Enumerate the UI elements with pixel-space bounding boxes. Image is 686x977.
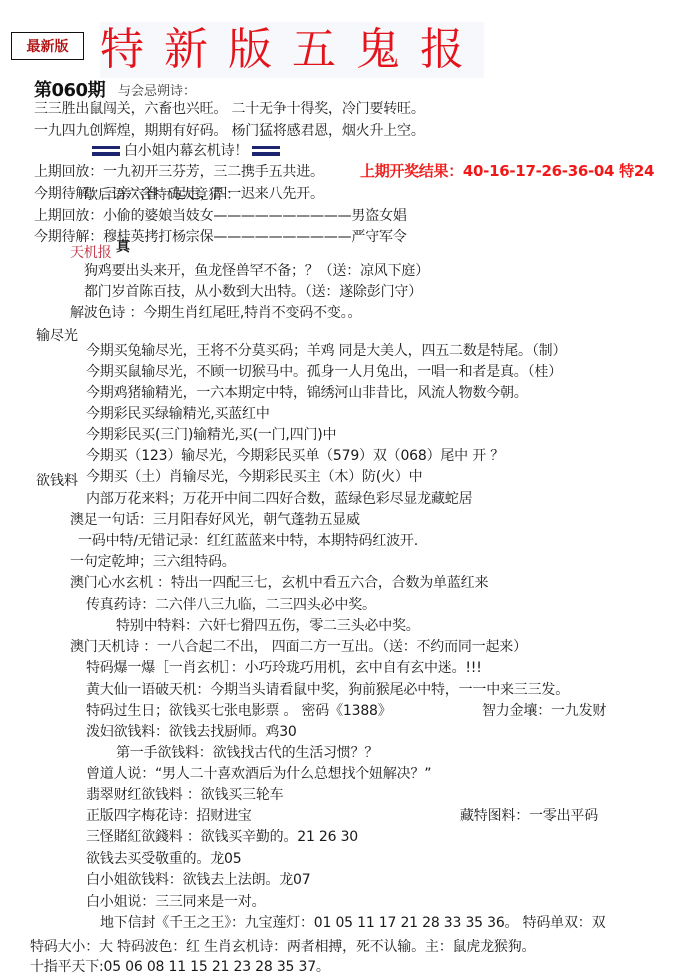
badge-label: 最新版 [27, 36, 69, 56]
yuqian-line: 第一手欲钱料：欲钱找古代的生活习惯？？ [116, 744, 378, 762]
yuqian-line: 翡翠财红欲钱料 ：欲钱买三轮车 [86, 786, 283, 804]
double-bar-icon [92, 146, 120, 156]
yuqian-line: 正版四字梅花诗：招财进宝 [86, 807, 252, 825]
title-char: 特 [100, 22, 164, 78]
shujin-line: 今期彩民买绿输精光,买蓝红中 [86, 405, 270, 423]
tianji-heading-overlay: 真 [116, 238, 130, 256]
footer-line: 特码大小：大 特码波色：红 生肖玄机诗：两者相搏，死不认输。主：鼠虎龙猴狗。 [30, 938, 535, 956]
yuqian-line: 澳门天机诗 ：一八合起二不出， 四面二方一互出。（送：不约而同一起来） [70, 638, 527, 656]
result-special: 特24 [619, 162, 654, 180]
yuqian-line: 黄大仙一语破天机：今期当头请看鼠中奖，狗前猴尾必中特，一一中来三三发。 [86, 681, 569, 699]
poem-line: 一九四九创辉煌，期期有好码。 杨门猛将感君恩，烟火升上空。 [34, 122, 425, 140]
yuqian-heading: 欲钱料 [36, 470, 78, 490]
yuqian-line: 澳门心水玄机 ：特出一四配三七，玄机中看五六合，合数为单蓝红来 [70, 574, 488, 592]
yuqian-line: 白小姐欲钱料：欲钱去上法朗。龙07 [86, 871, 310, 889]
page-title: 特 新 版 五 鬼 报 [100, 22, 484, 78]
yuqian-line: 一句定乾坤；三六组特码。 [70, 553, 236, 571]
result-numbers: 40-16-17-26-36-04 [463, 162, 614, 180]
yuqian-line: 澳足一句话：三月阳春好风光，朝气蓬勃五显威 [70, 511, 360, 529]
issue-number: 第060期 [34, 76, 105, 102]
tianji-line: 都门岁首陈百技，从小数到大出特。（送：遂除彭门守） [84, 283, 422, 301]
footer-line: 十指平天下:05 06 08 11 15 21 23 28 35 37。 [30, 958, 330, 976]
title-char: 报 [420, 22, 484, 78]
shujin-line: 今期买（土）肖输尽光，今期彩民买主（木）防(火）中 [86, 468, 422, 486]
yuqian-line: 欲钱去买受敬重的。龙05 [86, 850, 241, 868]
xiehouyu-last: 上期回放：小偷的婆娘当妓女——————————男盗女娼 [34, 207, 407, 225]
shujin-line: 今期买兔输尽光，王将不分莫买码；羊鸡 同是大美人，四五二数是特尾。（制） [86, 342, 566, 360]
title-char: 五 [292, 22, 356, 78]
yuqian-line: 特码爆一爆［一肖玄机］：小巧玲珑巧用机，玄中自有玄中迷。!!! [86, 659, 482, 677]
xiehouyu-heading: 歇后语六合特码大竟猜 ： [84, 186, 240, 204]
cangte-note: 藏特图料：一零出平码 [460, 807, 598, 825]
yuqian-line: 特码过生日；欲钱买七张电影票 。 密码《1388》 [86, 702, 392, 720]
shujin-line: 今期买鼠输尽光，不顾一切猴马中。孤身一人月兔出，一唱一和者是真。（桂） [86, 363, 562, 381]
yuqian-line: 内部万花来料；万花开中间二四好合数，蓝绿色彩尽显龙藏蛇居 [86, 490, 472, 508]
poem-line: 三三胜出鼠闯关，六畜也兴旺。 二十无争十得奖，冷门要转旺。 [34, 100, 425, 118]
latest-edition-badge: 最新版 [11, 32, 84, 60]
jiebose-poem: 解波色诗 ：今期生肖红尾旺,特肖不变码不变。。 [70, 304, 361, 322]
last-draw-result: 上期开奖结果：40-16-17-26-36-04 特24 [360, 160, 654, 181]
title-char: 版 [228, 22, 292, 78]
yuqian-line: 泼妇欲钱料：欲钱去找厨师。鸡30 [86, 723, 297, 741]
shujin-line: 今期买（123）输尽光，今期彩民买单（579）双（068）尾中 开 ？ [86, 447, 504, 465]
yuqian-line: 传真药诗：二六伴八三九临，二三四头必中奖。 [86, 596, 376, 614]
yuqian-line: 三怪賭紅欲錢料 ：欲钱买辛勤的。21 26 30 [86, 828, 358, 846]
bai-last-review: 上期回放：一九初开三芬芳，三二携手五共进。 [34, 163, 324, 181]
zhili-note: 智力金壤：一九发财 [482, 702, 606, 720]
yuqian-line: 地下信封《千王之王》：九宝莲灯：01 05 11 17 21 28 33 35 … [100, 914, 605, 932]
yuqian-line: 特别中特料：六奸七猾四五伤，零二三头必中奖。 [116, 617, 420, 635]
yuqian-line: 一码中特/无错记录：红红蓝蓝来中特，本期特码红波开. [78, 532, 418, 550]
shujin-line: 今期鸡猪输精光，一六本期定中特，锦绣河山非昔比，风流人物数今朝。 [86, 384, 528, 402]
shujin-line: 今期彩民买(三门)输精光,买(一门,四门)中 [86, 426, 336, 444]
tianji-heading: 天机报 [70, 244, 111, 262]
yuqian-line: 白小姐说：三三同来是一对。 [86, 893, 265, 911]
bai-xiaojie-heading: 白小姐内幕玄机诗！ [88, 142, 284, 160]
yuqian-line: 曾道人说：“男人二十喜欢酒后为什么总想找个妞解决？” [86, 765, 431, 783]
title-char: 新 [164, 22, 228, 78]
double-bar-icon [252, 146, 280, 156]
title-char: 鬼 [356, 22, 420, 78]
shujin-heading: 输尽光 [36, 325, 78, 345]
tianji-line: 狗鸡要出头来开，鱼龙怪兽罕不备；？（送：凉风下庭） [84, 262, 429, 280]
issue-subtitle: 与会忌朔诗： [118, 80, 196, 99]
